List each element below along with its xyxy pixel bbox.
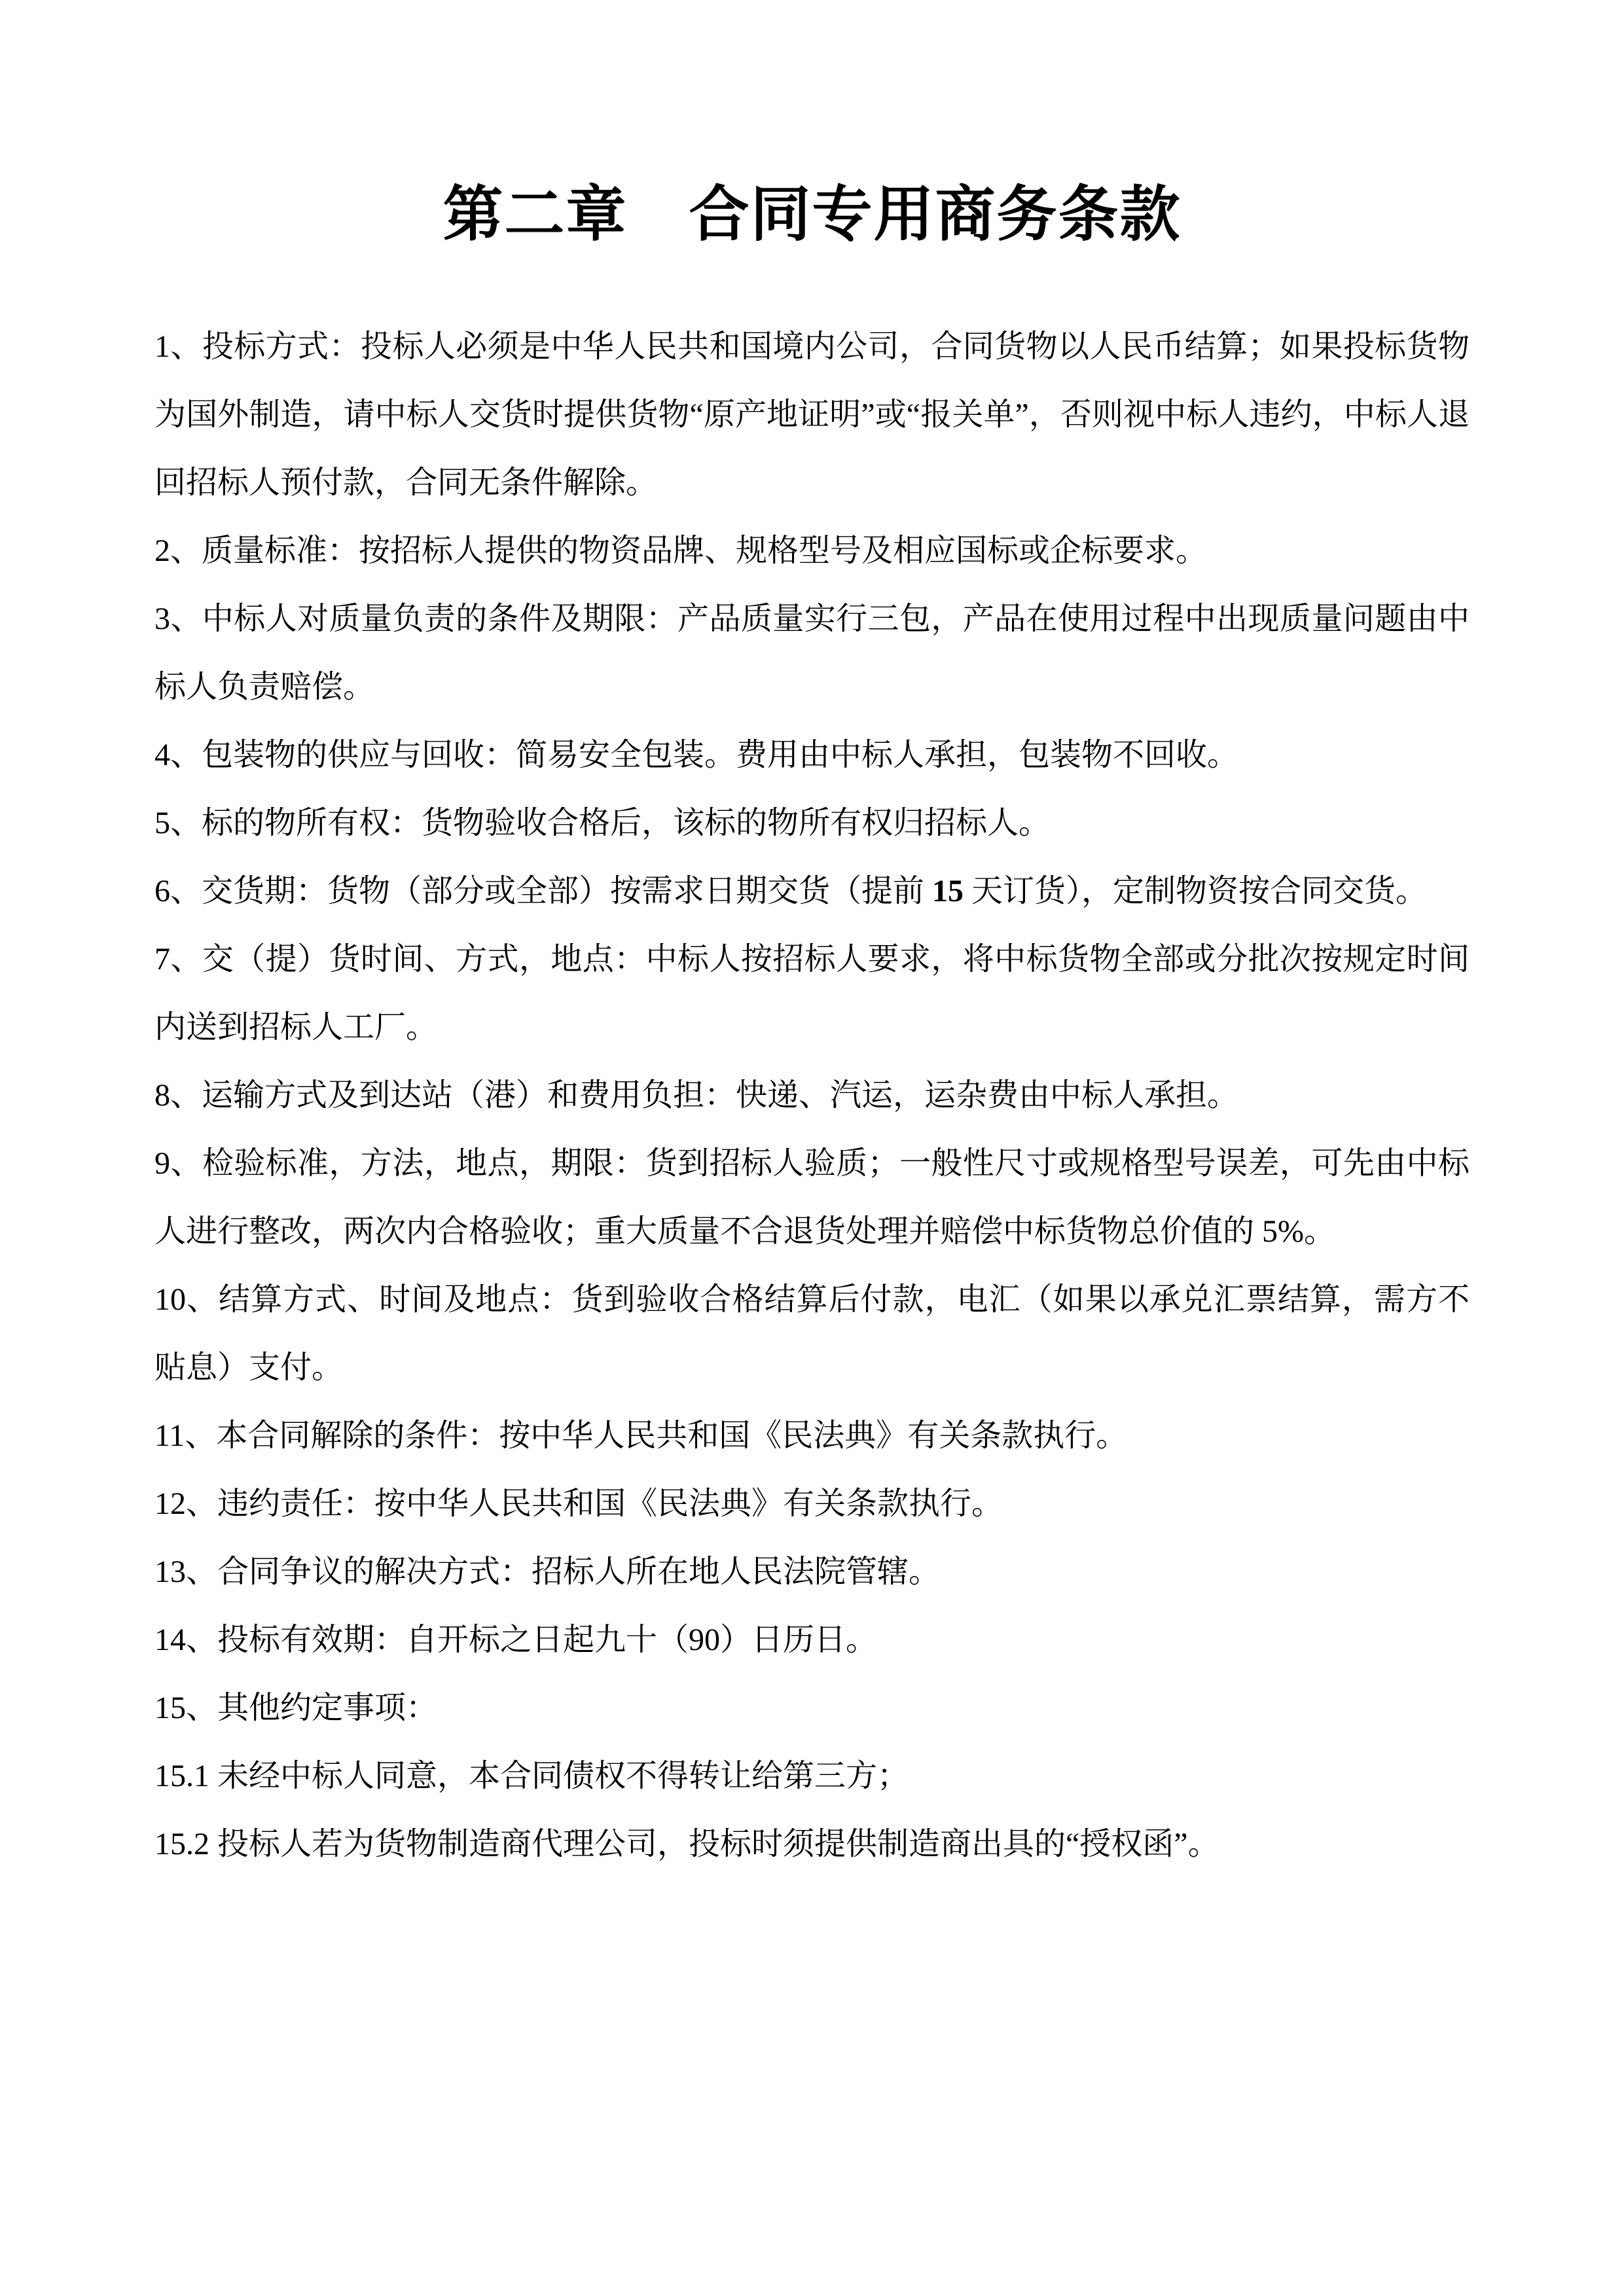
contract-term-10: 10、结算方式、时间及地点：货到验收合格结算后付款，电汇（如果以承兑汇票结算，需… (154, 1266, 1470, 1402)
term-text: 6、交货期：货物（部分或全部）按需求日期交货（提前 (154, 874, 932, 908)
contract-term-4: 4、包装物的供应与回收：简易安全包装。费用由中标人承担，包装物不回收。 (154, 721, 1470, 789)
contract-term-1: 1、投标方式：投标人必须是中华人民共和国境内公司，合同货物以人民币结算；如果投标… (154, 313, 1470, 517)
term-text: 10、结算方式、时间及地点：货到验收合格结算后付款，电汇（如果以承兑汇票结算，需… (154, 1282, 1470, 1385)
contract-term-11: 11、本合同解除的条件：按中华人民共和国《民法典》有关条款执行。 (154, 1402, 1470, 1470)
term-text: 8、运输方式及到达站（港）和费用负担：快递、汽运，运杂费由中标人承担。 (154, 1078, 1238, 1113)
term-text: 7、交（提）货时间、方式，地点：中标人按招标人要求，将中标货物全部或分批次按规定… (154, 942, 1470, 1045)
term-text: 天订货），定制物资按合同交货。 (964, 874, 1427, 908)
contract-term-14: 14、投标有效期：自开标之日起九十（90）日历日。 (154, 1606, 1470, 1674)
term-text: 12、违约责任：按中华人民共和国《民法典》有关条款执行。 (154, 1486, 1003, 1521)
term-text: 1、投标方式：投标人必须是中华人民共和国境内公司，合同货物以人民币结算；如果投标… (154, 329, 1470, 500)
term-text: 5、标的物所有权：货物验收合格后，该标的物所有权归招标人。 (154, 806, 1050, 840)
term-text: 4、包装物的供应与回收：简易安全包装。费用由中标人承担，包装物不回收。 (154, 738, 1238, 772)
term-text: 13、合同争议的解决方式：招标人所在地人民法院管辖。 (154, 1554, 940, 1589)
term-text: 3、中标人对质量负责的条件及期限：产品质量实行三包，产品在使用过程中出现质量问题… (154, 601, 1470, 704)
contract-term-12: 12、违约责任：按中华人民共和国《民法典》有关条款执行。 (154, 1470, 1470, 1538)
term-text: 15.2 投标人若为货物制造商代理公司，投标时须提供制造商出具的“授权函”。 (154, 1827, 1219, 1861)
term-text: 9、检验标准，方法，地点，期限：货到招标人验质；一般性尺寸或规格型号误差，可先由… (154, 1146, 1470, 1249)
term-text: 15.1 未经中标人同意，本合同债权不得转让给第三方； (154, 1759, 909, 1793)
contract-term-5: 5、标的物所有权：货物验收合格后，该标的物所有权归招标人。 (154, 789, 1470, 857)
contract-term-15.1: 15.1 未经中标人同意，本合同债权不得转让给第三方； (154, 1742, 1470, 1810)
contract-term-8: 8、运输方式及到达站（港）和费用负担：快递、汽运，运杂费由中标人承担。 (154, 1062, 1470, 1130)
contract-term-13: 13、合同争议的解决方式：招标人所在地人民法院管辖。 (154, 1538, 1470, 1606)
contract-term-9: 9、检验标准，方法，地点，期限：货到招标人验质；一般性尺寸或规格型号误差，可先由… (154, 1130, 1470, 1266)
term-text: 11、本合同解除的条件：按中华人民共和国《民法典》有关条款执行。 (154, 1418, 1127, 1453)
term-text: 2、质量标准：按招标人提供的物资品牌、规格型号及相应国标或企标要求。 (154, 533, 1207, 568)
term-text: 15、其他约定事项： (154, 1691, 437, 1725)
page-title: 第二章 合同专用商务条款 (0, 175, 1624, 254)
term-text: 14、投标有效期：自开标之日起九十（90）日历日。 (154, 1623, 877, 1657)
contract-term-3: 3、中标人对质量负责的条件及期限：产品质量实行三包，产品在使用过程中出现质量问题… (154, 585, 1470, 721)
contract-term-2: 2、质量标准：按招标人提供的物资品牌、规格型号及相应国标或企标要求。 (154, 517, 1470, 585)
contract-term-7: 7、交（提）货时间、方式，地点：中标人按招标人要求，将中标货物全部或分批次按规定… (154, 925, 1470, 1062)
contract-terms: 1、投标方式：投标人必须是中华人民共和国境内公司，合同货物以人民币结算；如果投标… (154, 313, 1470, 1878)
term-bold-number: 15 (932, 874, 964, 908)
document-page: 第二章 合同专用商务条款 1、投标方式：投标人必须是中华人民共和国境内公司，合同… (0, 0, 1624, 2296)
contract-term-15.2: 15.2 投标人若为货物制造商代理公司，投标时须提供制造商出具的“授权函”。 (154, 1810, 1470, 1878)
contract-term-15: 15、其他约定事项： (154, 1674, 1470, 1742)
contract-term-6: 6、交货期：货物（部分或全部）按需求日期交货（提前 15 天订货），定制物资按合… (154, 857, 1470, 925)
